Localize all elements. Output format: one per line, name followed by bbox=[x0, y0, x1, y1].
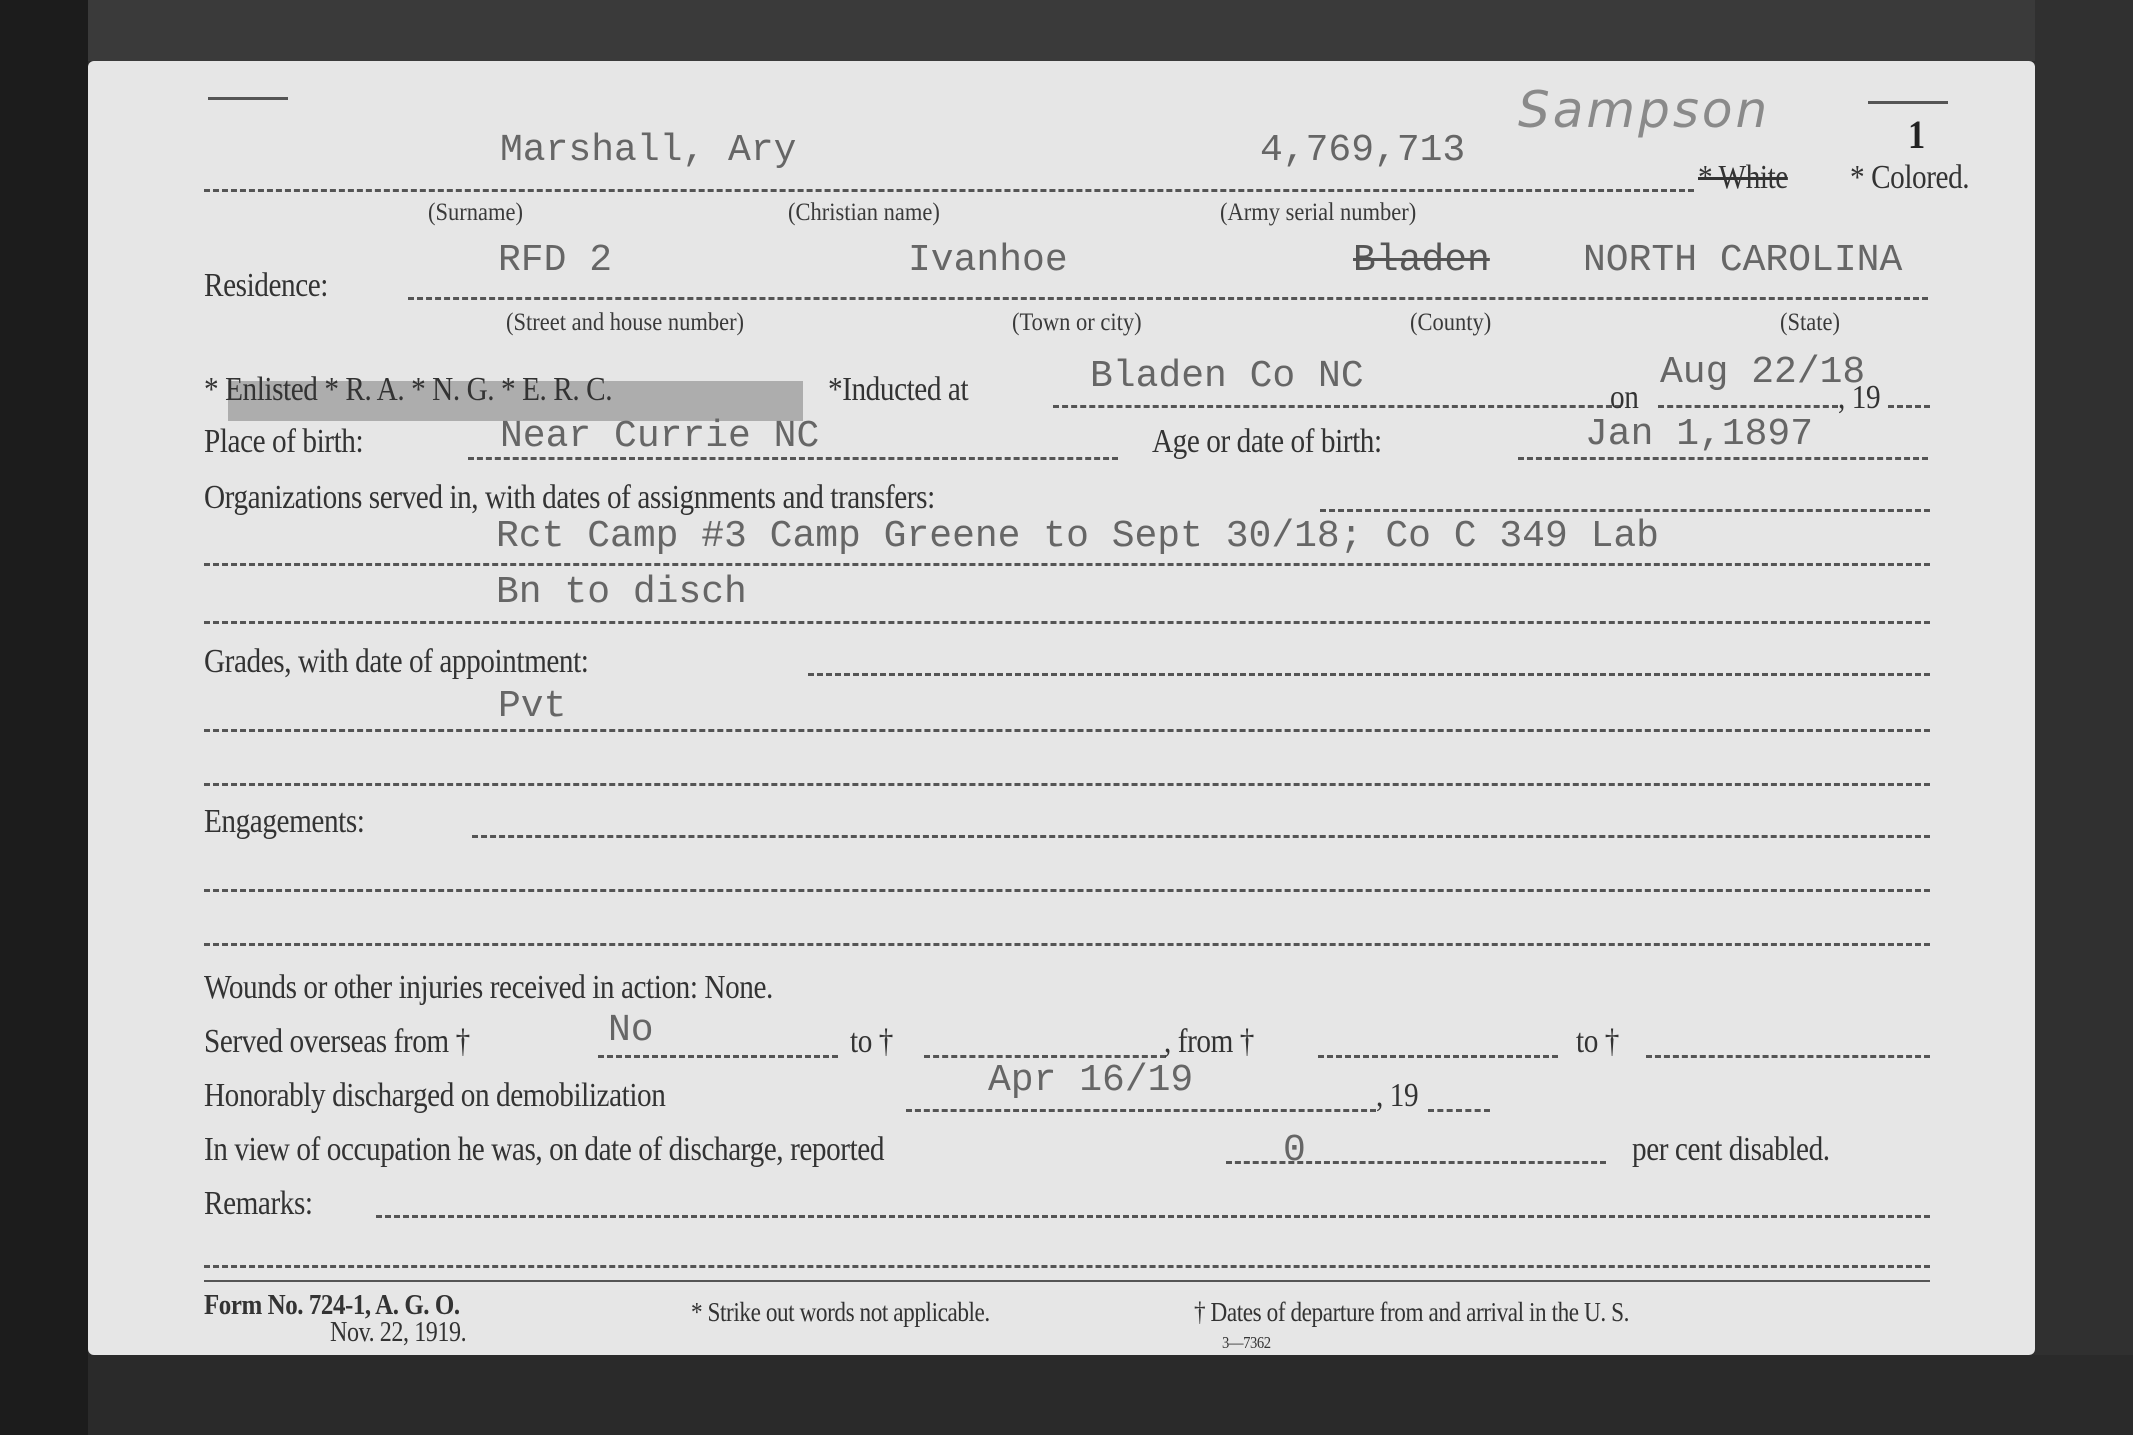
discharge-year-line bbox=[1428, 1109, 1490, 1112]
residence-town: Ivanhoe bbox=[908, 239, 1068, 282]
organizations-label-line bbox=[1320, 509, 1930, 512]
inducted-at-label: *Inducted at bbox=[828, 371, 968, 409]
organizations-line-2: Bn to disch bbox=[496, 571, 747, 614]
disability-label: In view of occupation he was, on date of… bbox=[204, 1131, 884, 1169]
label-christian-name: (Christian name) bbox=[788, 199, 940, 227]
inducted-at-value: Bladen Co NC bbox=[1090, 355, 1364, 398]
overseas-from-value: No bbox=[608, 1009, 654, 1052]
label-surname: (Surname) bbox=[428, 199, 523, 227]
engagements-label: Engagements: bbox=[204, 803, 364, 841]
place-of-birth-line bbox=[468, 457, 1118, 460]
residence-state: NORTH CAROLINA bbox=[1583, 239, 1902, 282]
scanner-background-right bbox=[2035, 0, 2133, 1435]
overseas-to2-label: to † bbox=[1576, 1023, 1619, 1061]
disability-value: 0 bbox=[1283, 1129, 1306, 1172]
race-white: * White bbox=[1698, 159, 1788, 196]
wounds-label: Wounds or other injuries received in act… bbox=[204, 969, 773, 1007]
footnote-dates: † Dates of departure from and arrival in… bbox=[1194, 1297, 1629, 1328]
name-line bbox=[204, 189, 1694, 192]
remarks-line-1 bbox=[376, 1215, 1930, 1218]
induction-date: Aug 22/18 bbox=[1660, 351, 1865, 394]
overseas-from-line bbox=[598, 1055, 838, 1058]
county-handwritten: Sampson bbox=[1518, 81, 1770, 139]
place-of-birth-value: Near Currie NC bbox=[500, 415, 819, 458]
inducted-at-line bbox=[1053, 405, 1621, 408]
residence-street: RFD 2 bbox=[498, 239, 612, 282]
label-state: (State) bbox=[1780, 309, 1840, 337]
organizations-line-1-rule bbox=[204, 563, 1930, 566]
on-label: on bbox=[1610, 379, 1638, 417]
date-of-birth-value: Jan 1,1897 bbox=[1585, 413, 1813, 456]
overseas-from-label: Served overseas from † bbox=[204, 1023, 470, 1061]
serial-number-value: 4,769,713 bbox=[1260, 129, 1465, 172]
discharge-date-line bbox=[906, 1109, 1376, 1112]
organizations-label: Organizations served in, with dates of a… bbox=[204, 479, 935, 517]
print-code: 3—7362 bbox=[1222, 1333, 1271, 1353]
disability-line bbox=[1226, 1161, 1606, 1164]
label-county: (County) bbox=[1410, 309, 1491, 337]
name-value: Marshall, Ary bbox=[500, 129, 796, 172]
organizations-line-2-rule bbox=[204, 621, 1930, 624]
label-town: (Town or city) bbox=[1012, 309, 1142, 337]
grades-value: Pvt bbox=[498, 685, 566, 728]
disability-suffix: per cent disabled. bbox=[1632, 1131, 1830, 1169]
engagements-line-1 bbox=[204, 889, 1930, 892]
induction-date-line bbox=[1658, 405, 1838, 408]
date-of-birth-line bbox=[1518, 457, 1928, 460]
overseas-to-label: to † bbox=[850, 1023, 893, 1061]
service-record-card: Sampson 1 Marshall, Ary 4,769,713 * Whit… bbox=[88, 61, 2035, 1355]
organizations-line-1: Rct Camp #3 Camp Greene to Sept 30/18; C… bbox=[496, 515, 1659, 558]
remarks-label: Remarks: bbox=[204, 1185, 313, 1223]
overseas-to2-line bbox=[1646, 1055, 1930, 1058]
discharge-date: Apr 16/19 bbox=[988, 1059, 1193, 1102]
label-serial-number: (Army serial number) bbox=[1220, 199, 1416, 227]
engagements-label-line bbox=[472, 835, 1930, 838]
scanner-background-top bbox=[88, 0, 2133, 61]
residence-label: Residence: bbox=[204, 267, 328, 305]
place-of-birth-label: Place of birth: bbox=[204, 423, 363, 461]
race-white-struck: * White bbox=[1698, 159, 1788, 197]
footer-rule bbox=[204, 1280, 1930, 1282]
grades-label-line bbox=[808, 673, 1930, 676]
induction-year-line bbox=[1888, 405, 1930, 408]
scanner-background-left bbox=[0, 0, 88, 1435]
engagements-line-2 bbox=[204, 943, 1930, 946]
residence-line bbox=[408, 297, 1928, 300]
grades-line-1 bbox=[204, 729, 1930, 732]
top-left-rule bbox=[208, 97, 288, 100]
remarks-line-2 bbox=[204, 1265, 1930, 1268]
race-colored: * Colored. bbox=[1850, 159, 1969, 197]
grades-line-2 bbox=[204, 783, 1930, 786]
enlistment-options-struck: * Enlisted * R. A. * N. G. * E. R. C. bbox=[204, 371, 612, 409]
footnote-strike-out: * Strike out words not applicable. bbox=[691, 1297, 990, 1328]
residence-county-struck: Bladen bbox=[1353, 239, 1490, 282]
grades-label: Grades, with date of appointment: bbox=[204, 643, 589, 681]
form-date: Nov. 22, 1919. bbox=[330, 1317, 466, 1349]
discharge-year-suffix: , 19 bbox=[1376, 1077, 1418, 1115]
overseas-from2-line bbox=[1318, 1055, 1558, 1058]
induction-year-suffix: , 19 bbox=[1838, 379, 1880, 417]
record-number: 1 bbox=[1908, 111, 1925, 158]
scanner-background-bottom bbox=[88, 1355, 2133, 1435]
overseas-from2-label: , from † bbox=[1164, 1023, 1254, 1061]
discharge-label: Honorably discharged on demobilization bbox=[204, 1077, 665, 1115]
overseas-to-line bbox=[924, 1055, 1166, 1058]
record-number-overline bbox=[1868, 101, 1948, 104]
date-of-birth-label: Age or date of birth: bbox=[1152, 423, 1382, 461]
label-street: (Street and house number) bbox=[506, 309, 744, 337]
